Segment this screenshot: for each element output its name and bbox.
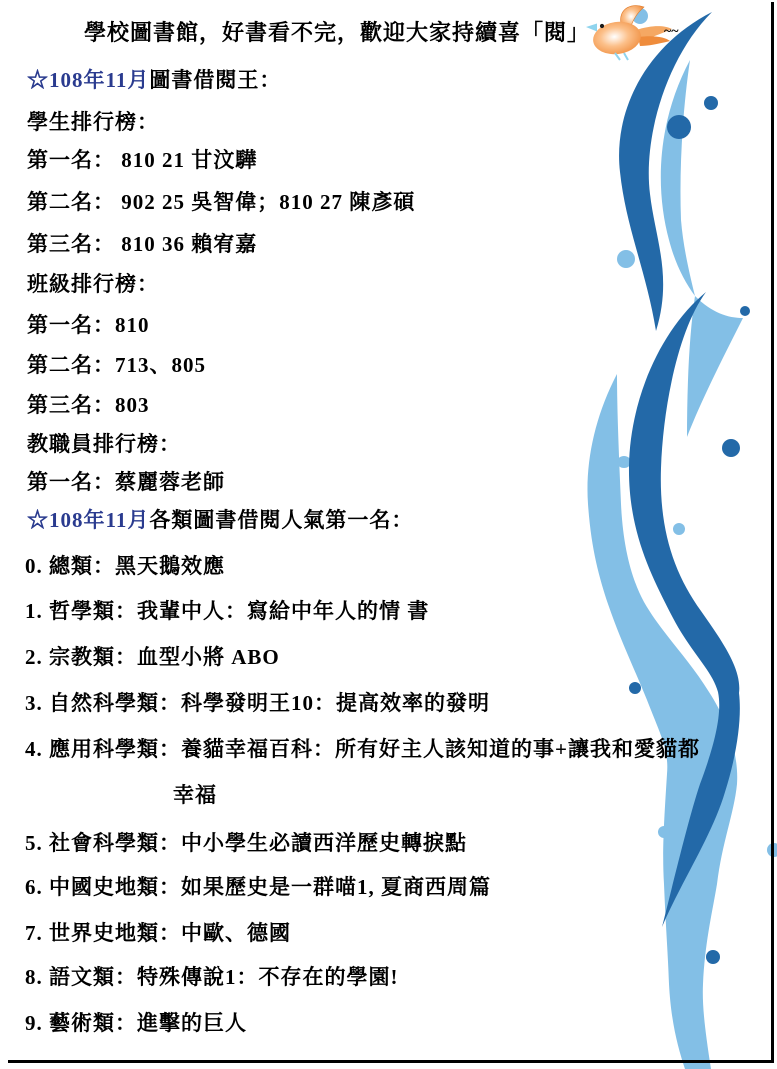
category-item-2: 2. 宗教類：血型小將 ABO <box>25 641 280 671</box>
class-rank-1: 第一名：810 <box>27 309 150 339</box>
squiggle-text: ~~ <box>664 24 679 40</box>
staff-ranking-label: 教職員排行榜： <box>27 428 181 458</box>
section-heading-borrow-king: ☆108年11月圖書借閱王： <box>27 64 281 94</box>
heading-rest: 各類圖書借閱人氣第一名： <box>149 508 413 532</box>
category-item-6: 6. 中國史地類：如果歷史是一群喵1, 夏商西周篇 <box>25 871 491 901</box>
heading-rest: 圖書借閱王： <box>149 68 281 92</box>
category-item-9: 9. 藝術類：進擊的巨人 <box>25 1007 247 1037</box>
dark-wave-group <box>619 12 750 964</box>
section-heading-categories: ☆108年11月各類圖書借閱人氣第一名： <box>27 504 413 534</box>
page-border-right <box>771 2 774 1063</box>
staff-rank-1: 第一名：蔡麗蓉老師 <box>27 466 225 496</box>
class-rank-2: 第二名：713、805 <box>27 349 206 379</box>
student-rank-2: 第二名： 902 25 吳智偉；810 27 陳彥碩 <box>27 186 415 216</box>
category-item-0: 0. 總類：黑天鵝效應 <box>25 550 225 580</box>
heading-date-prefix: ☆108年11月 <box>27 508 149 532</box>
category-item-4-continued: 幸福 <box>173 779 217 809</box>
category-item-1: 1. 哲學類：我輩中人：寫給中年人的情 書 <box>25 595 429 625</box>
class-rank-3: 第三名：803 <box>27 389 150 419</box>
category-item-5: 5. 社會科學類：中小學生必讀西洋歷史轉捩點 <box>25 827 467 857</box>
bird-icon <box>586 6 672 60</box>
document-title: 學校圖書館，好書看不完，歡迎大家持續喜「閱」 <box>84 16 590 47</box>
student-rank-3: 第三名： 810 36 賴宥嘉 <box>27 228 257 258</box>
class-ranking-label: 班級排行榜： <box>27 268 159 298</box>
page-border-bottom <box>8 1060 774 1063</box>
category-item-3: 3. 自然科學類：科學發明王10：提高效率的發明 <box>25 687 490 717</box>
light-wave-group <box>587 8 777 1069</box>
category-item-7: 7. 世界史地類：中歐、德國 <box>25 917 291 947</box>
category-item-4: 4. 應用科學類：養貓幸福百科：所有好主人該知道的事+讓我和愛貓都 <box>25 733 700 763</box>
student-ranking-label: 學生排行榜： <box>27 106 159 136</box>
student-rank-1: 第一名： 810 21 甘汶驊 <box>27 144 257 174</box>
document-page: 學校圖書館，好書看不完，歡迎大家持續喜「閱」 ~~ ☆108年11月圖書借閱王：… <box>0 0 777 1069</box>
category-item-8: 8. 語文類：特殊傳說1：不存在的學園! <box>25 961 399 991</box>
heading-date-prefix: ☆108年11月 <box>27 68 149 92</box>
